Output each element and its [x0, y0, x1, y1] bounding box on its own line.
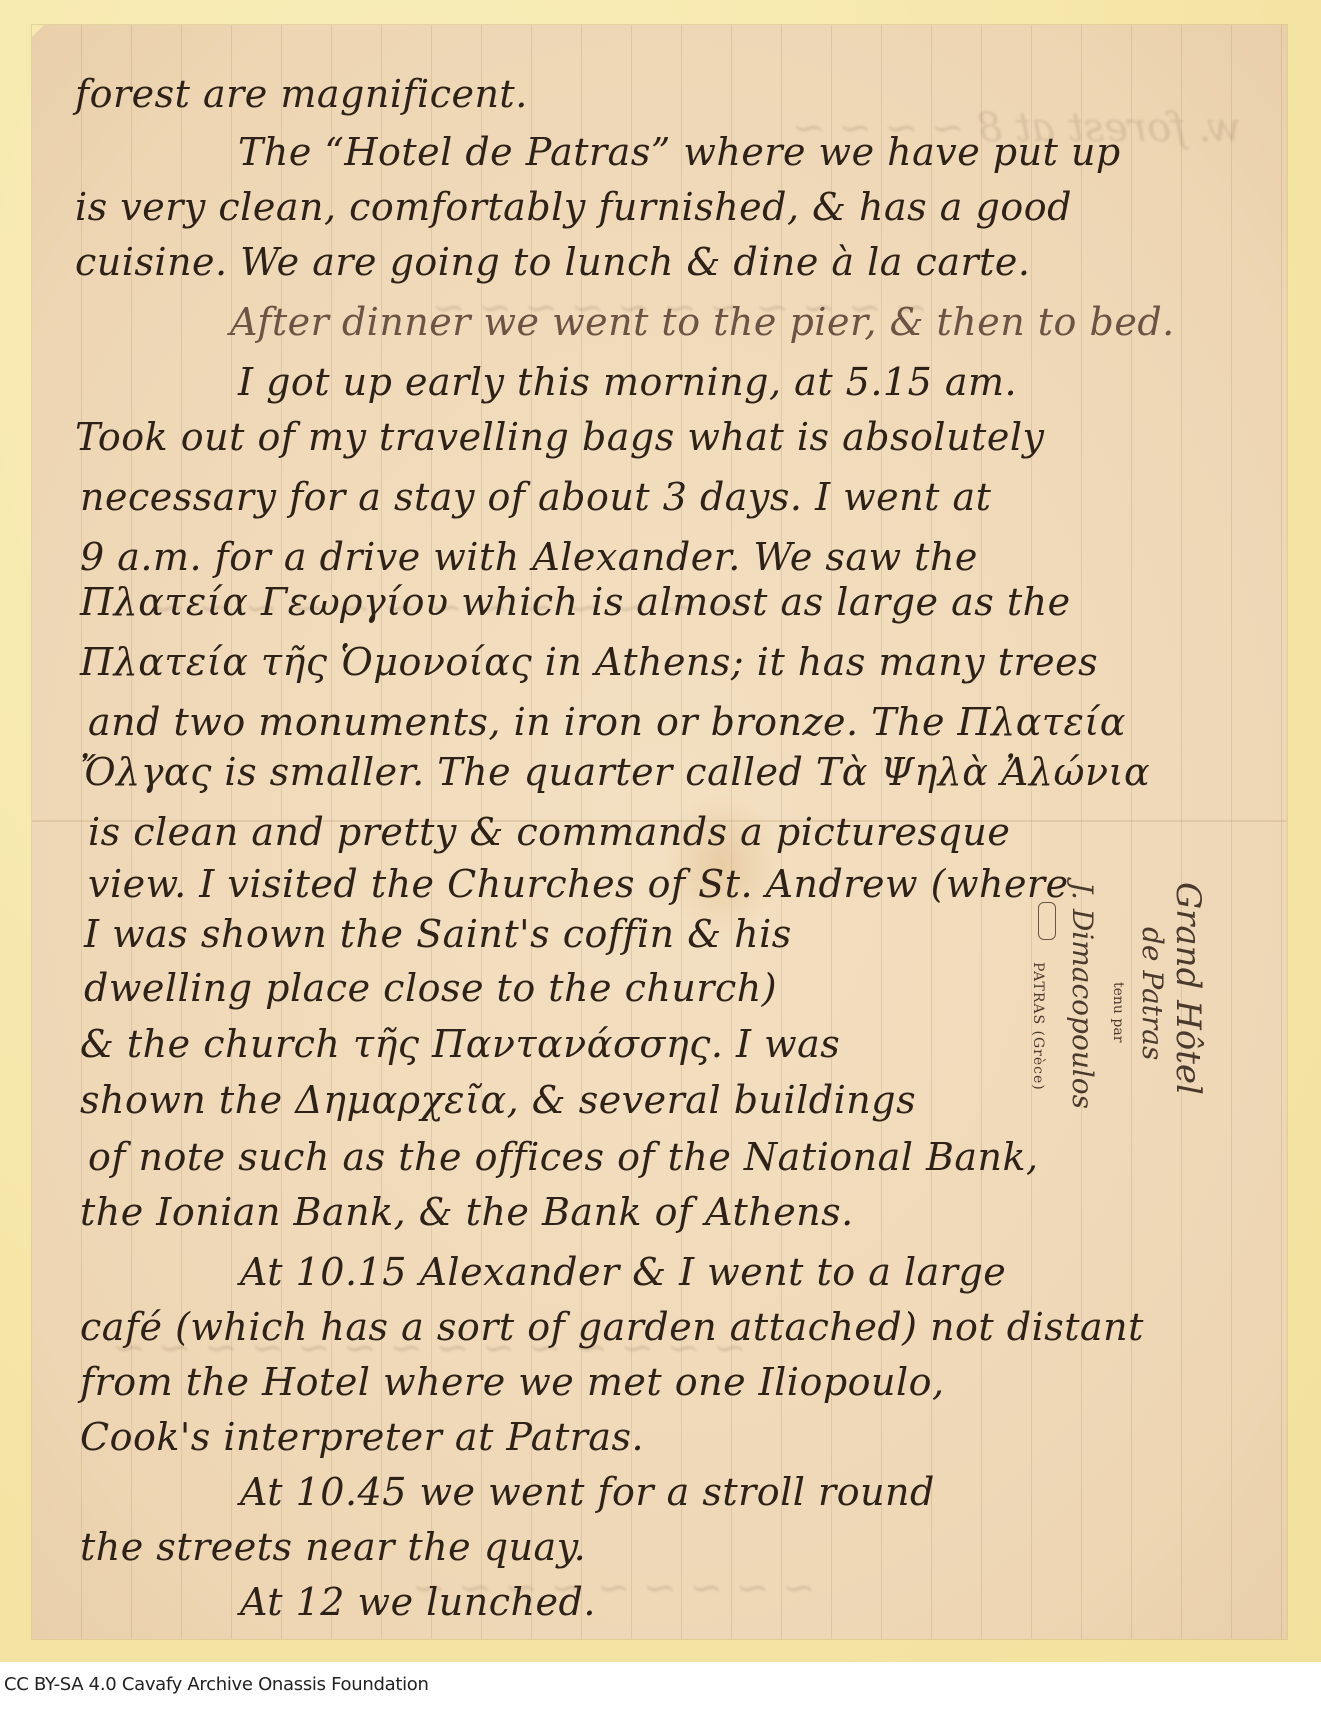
handwritten-line: Ὄλγας is smaller. The quarter called Τὰ … — [80, 750, 1150, 794]
handwritten-line: Πλατεία τῆς Ὁμονοίας in Athens; it has m… — [80, 640, 1098, 684]
handwritten-line: necessary for a stay of about 3 days. I … — [80, 475, 991, 519]
handwritten-line: is very clean, comfortably furnished, & … — [75, 185, 1072, 229]
handwritten-line: café (which has a sort of garden attache… — [80, 1305, 1144, 1349]
handwritten-line: Cook's interpreter at Patras. — [80, 1415, 644, 1459]
handwritten-line: dwelling place close to the church) — [84, 966, 777, 1010]
letter-page: w. forest at 8 ~ ~ ~ ~ ~ ~ ~ ~ ~ ~ ~ ~ ~… — [32, 25, 1287, 1639]
ornament-icon — [1038, 902, 1056, 940]
handwritten-line: At 10.15 Alexander & I went to a large — [240, 1250, 1006, 1294]
letterhead-title: Grand Hôtel — [1168, 882, 1208, 1095]
handwritten-line: Took out of my travelling bags what is a… — [75, 415, 1044, 459]
handwritten-line: & the church τῆς Παντανάσσης. I was — [80, 1022, 840, 1066]
letterhead-subtitle: de Patras — [1136, 927, 1169, 1060]
hotel-letterhead: Grand Hôtel de Patras tenu par J. Dimaco… — [1018, 872, 1218, 1192]
letterhead-tenu-par: tenu par — [1110, 982, 1126, 1042]
handwritten-line: The “Hotel de Patras” where we have put … — [238, 130, 1121, 174]
handwritten-line: the Ionian Bank, & the Bank of Athens. — [80, 1190, 854, 1234]
handwritten-line: the streets near the quay. — [80, 1525, 586, 1569]
handwritten-line: from the Hotel where we met one Iliopoul… — [80, 1360, 945, 1404]
handwritten-line: cuisine. We are going to lunch & dine à … — [75, 240, 1030, 284]
handwritten-line: is clean and pretty & commands a picture… — [88, 810, 1010, 854]
license-caption: CC BY-SA 4.0 Cavafy Archive Onassis Foun… — [4, 1674, 429, 1695]
handwritten-line: I was shown the Saint's coffin & his — [84, 912, 792, 956]
handwritten-line: shown the Δημαρχεῖα, & several buildings — [80, 1078, 916, 1122]
handwritten-line: 9 a.m. for a drive with Alexander. We sa… — [80, 535, 978, 579]
handwritten-line: At 12 we lunched. — [240, 1580, 596, 1624]
handwritten-line: Πλατεία Γεωργίου which is almost as larg… — [80, 580, 1071, 624]
handwritten-line: At 10.45 we went for a stroll round — [240, 1470, 935, 1514]
handwritten-line: and two monuments, in iron or bronze. Th… — [88, 700, 1126, 744]
handwritten-line: forest are magnificent. — [75, 72, 528, 116]
handwritten-line: After dinner we went to the pier, & then… — [230, 300, 1175, 344]
handwritten-line: of note such as the offices of the Natio… — [88, 1135, 1039, 1179]
letterhead-city: PATRAS (Grèce) — [1030, 962, 1046, 1091]
handwritten-line: view. I visited the Churches of St. Andr… — [88, 862, 1069, 906]
letterhead-owner: J. Dimacopoulos — [1066, 882, 1099, 1109]
handwritten-line: I got up early this morning, at 5.15 am. — [238, 360, 1017, 404]
